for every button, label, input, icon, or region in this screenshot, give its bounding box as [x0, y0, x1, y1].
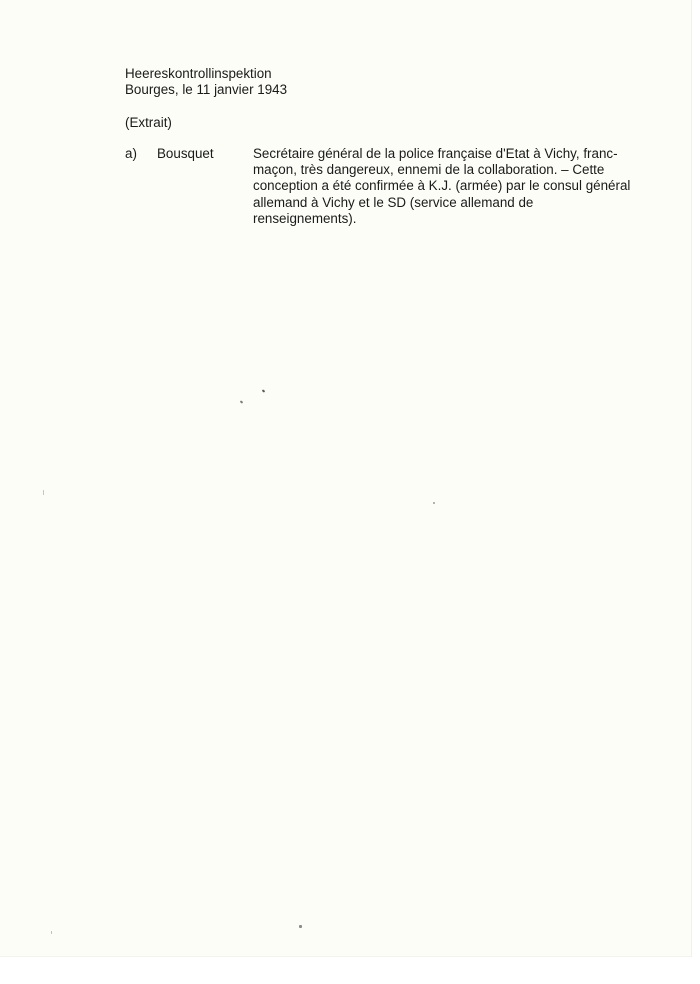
- entry-name: Bousquet: [157, 146, 214, 162]
- scan-speck: [43, 490, 44, 495]
- scanned-page: Heereskontrollinspektion Bourges, le 11 …: [0, 0, 692, 957]
- entry-description-line: renseignements).: [253, 211, 658, 227]
- entry-description-line: maçon, très dangereux, ennemi de la coll…: [253, 162, 658, 178]
- entry-description-line: allemand à Vichy et le SD (service allem…: [253, 195, 658, 211]
- scan-speck: [262, 389, 266, 392]
- header-authority: Heereskontrollinspektion: [125, 66, 272, 82]
- header-place-date: Bourges, le 11 janvier 1943: [125, 82, 287, 98]
- entry-description: Secrétaire général de la police français…: [253, 146, 658, 227]
- scan-speck: [240, 400, 244, 403]
- extract-note: (Extrait): [125, 115, 172, 131]
- scan-speck: [299, 925, 302, 928]
- scan-speck: [51, 931, 52, 934]
- entry-letter: a): [125, 146, 137, 162]
- scan-speck: [433, 502, 435, 504]
- entry-description-line: Secrétaire général de la police français…: [253, 146, 658, 162]
- entry-description-line: conception a été confirmée à K.J. (armée…: [253, 178, 658, 194]
